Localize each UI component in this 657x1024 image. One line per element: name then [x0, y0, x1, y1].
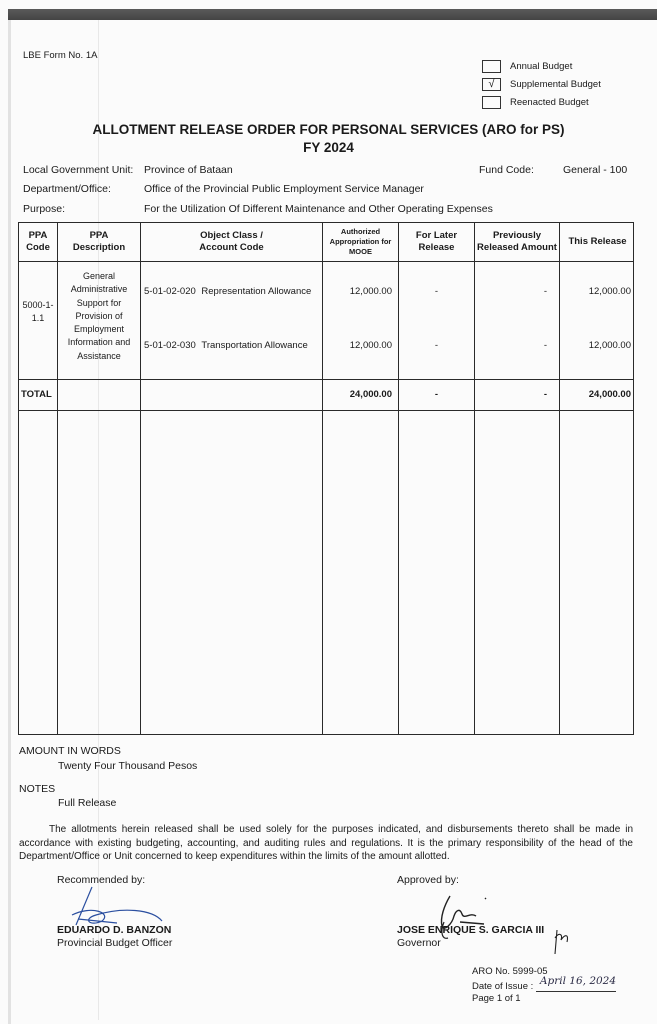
header-for-later-release: For Later Release — [399, 223, 474, 261]
notes-label: NOTES — [19, 783, 55, 795]
for-later-amount: - — [399, 340, 474, 351]
total-previously-released: - — [475, 389, 559, 400]
statement-paragraph: The allotments herein released shall be … — [19, 823, 633, 864]
recommended-by-title: Provincial Budget Officer — [57, 937, 172, 949]
date-of-issue-value: April 16, 2024 — [540, 975, 616, 987]
approved-by-label: Approved by: — [397, 874, 459, 886]
header-ppa-code: PPA Code — [19, 223, 57, 261]
total-for-later: - — [399, 389, 474, 400]
form-number: LBE Form No. 1A — [23, 50, 97, 61]
column-divider — [474, 223, 475, 734]
total-label: TOTAL — [21, 389, 52, 400]
department-value: Office of the Provincial Public Employme… — [144, 183, 424, 195]
ppa-description: General Administrative Support for Provi… — [58, 270, 140, 363]
account-code: 5-01-02-020 — [144, 286, 196, 297]
approved-by-name: JOSE ENRIQUE S. GARCIA III — [397, 924, 544, 936]
budget-type-reenacted[interactable]: Reenacted Budget — [482, 94, 589, 110]
scan-top-border — [8, 9, 657, 20]
approved-by-title: Governor — [397, 937, 441, 949]
amount-in-words-label: AMOUNT IN WORDS — [19, 745, 121, 757]
header-ppa-description: PPA Description — [58, 223, 140, 261]
department-label: Department/Office: — [23, 183, 111, 195]
checkbox-label: Annual Budget — [510, 61, 572, 72]
this-release-amount: 12,000.00 — [560, 286, 631, 297]
total-this-release: 24,000.00 — [560, 389, 631, 400]
column-divider — [398, 223, 399, 734]
notes-value: Full Release — [58, 797, 116, 809]
account-name: Transportation Allowance — [201, 340, 307, 351]
checkbox-label: Supplemental Budget — [510, 79, 601, 90]
authorized-amount: 12,000.00 — [323, 340, 392, 351]
fund-code-label: Fund Code: — [479, 164, 534, 176]
fiscal-year: FY 2024 — [0, 140, 657, 155]
document-title: ALLOTMENT RELEASE ORDER FOR PERSONAL SER… — [0, 122, 657, 137]
checkbox[interactable] — [482, 60, 501, 73]
purpose-value: For the Utilization Of Different Mainten… — [144, 203, 493, 215]
lgu-value: Province of Bataan — [144, 164, 233, 176]
amount-in-words-value: Twenty Four Thousand Pesos — [58, 760, 197, 772]
page-number: Page 1 of 1 — [472, 993, 521, 1004]
checkmark-icon[interactable]: √ — [482, 78, 501, 91]
previously-released-amount: - — [475, 286, 559, 297]
scan-left-edge — [8, 20, 11, 1024]
table-row: 5-01-02-030 Transportation Allowance — [144, 340, 308, 351]
this-release-amount: 12,000.00 — [560, 340, 631, 351]
date-of-issue-field: April 16, 2024 — [536, 979, 616, 992]
header-authorized-appropriation: Authorized Appropriation for MOOE — [323, 223, 398, 261]
header-previously-released: Previously Released Amount — [475, 223, 559, 261]
header-this-release: This Release — [560, 223, 635, 261]
checkbox-label: Reenacted Budget — [510, 97, 589, 108]
date-of-issue: Date of Issue : April 16, 2024 — [472, 979, 616, 992]
lgu-label: Local Government Unit: — [23, 164, 133, 176]
account-name: Representation Allowance — [201, 286, 311, 297]
authorized-amount: 12,000.00 — [323, 286, 392, 297]
column-divider — [140, 223, 141, 734]
allotment-table: PPA Code PPA Description Object Class / … — [18, 222, 634, 735]
aro-number: ARO No. 5999-05 — [472, 966, 548, 977]
recommended-by-name: EDUARDO D. BANZON — [57, 924, 171, 936]
header-divider — [19, 261, 633, 262]
initial-mark-icon — [553, 928, 571, 956]
header-object-class: Object Class / Account Code — [141, 223, 322, 261]
budget-type-supplemental[interactable]: √ Supplemental Budget — [482, 76, 601, 92]
budget-type-annual[interactable]: Annual Budget — [482, 58, 572, 74]
column-divider — [322, 223, 323, 734]
column-divider — [559, 223, 560, 734]
checkbox[interactable] — [482, 96, 501, 109]
date-of-issue-label: Date of Issue : — [472, 981, 533, 992]
total-divider-bottom — [19, 410, 633, 411]
ppa-code: 5000-1- 1.1 — [19, 299, 57, 325]
previously-released-amount: - — [475, 340, 559, 351]
account-code: 5-01-02-030 — [144, 340, 196, 351]
total-authorized: 24,000.00 — [323, 389, 392, 400]
for-later-amount: - — [399, 286, 474, 297]
fund-code-value: General - 100 — [563, 164, 627, 176]
purpose-label: Purpose: — [23, 203, 65, 215]
table-row: 5-01-02-020 Representation Allowance — [144, 286, 311, 297]
total-divider-top — [19, 379, 633, 380]
